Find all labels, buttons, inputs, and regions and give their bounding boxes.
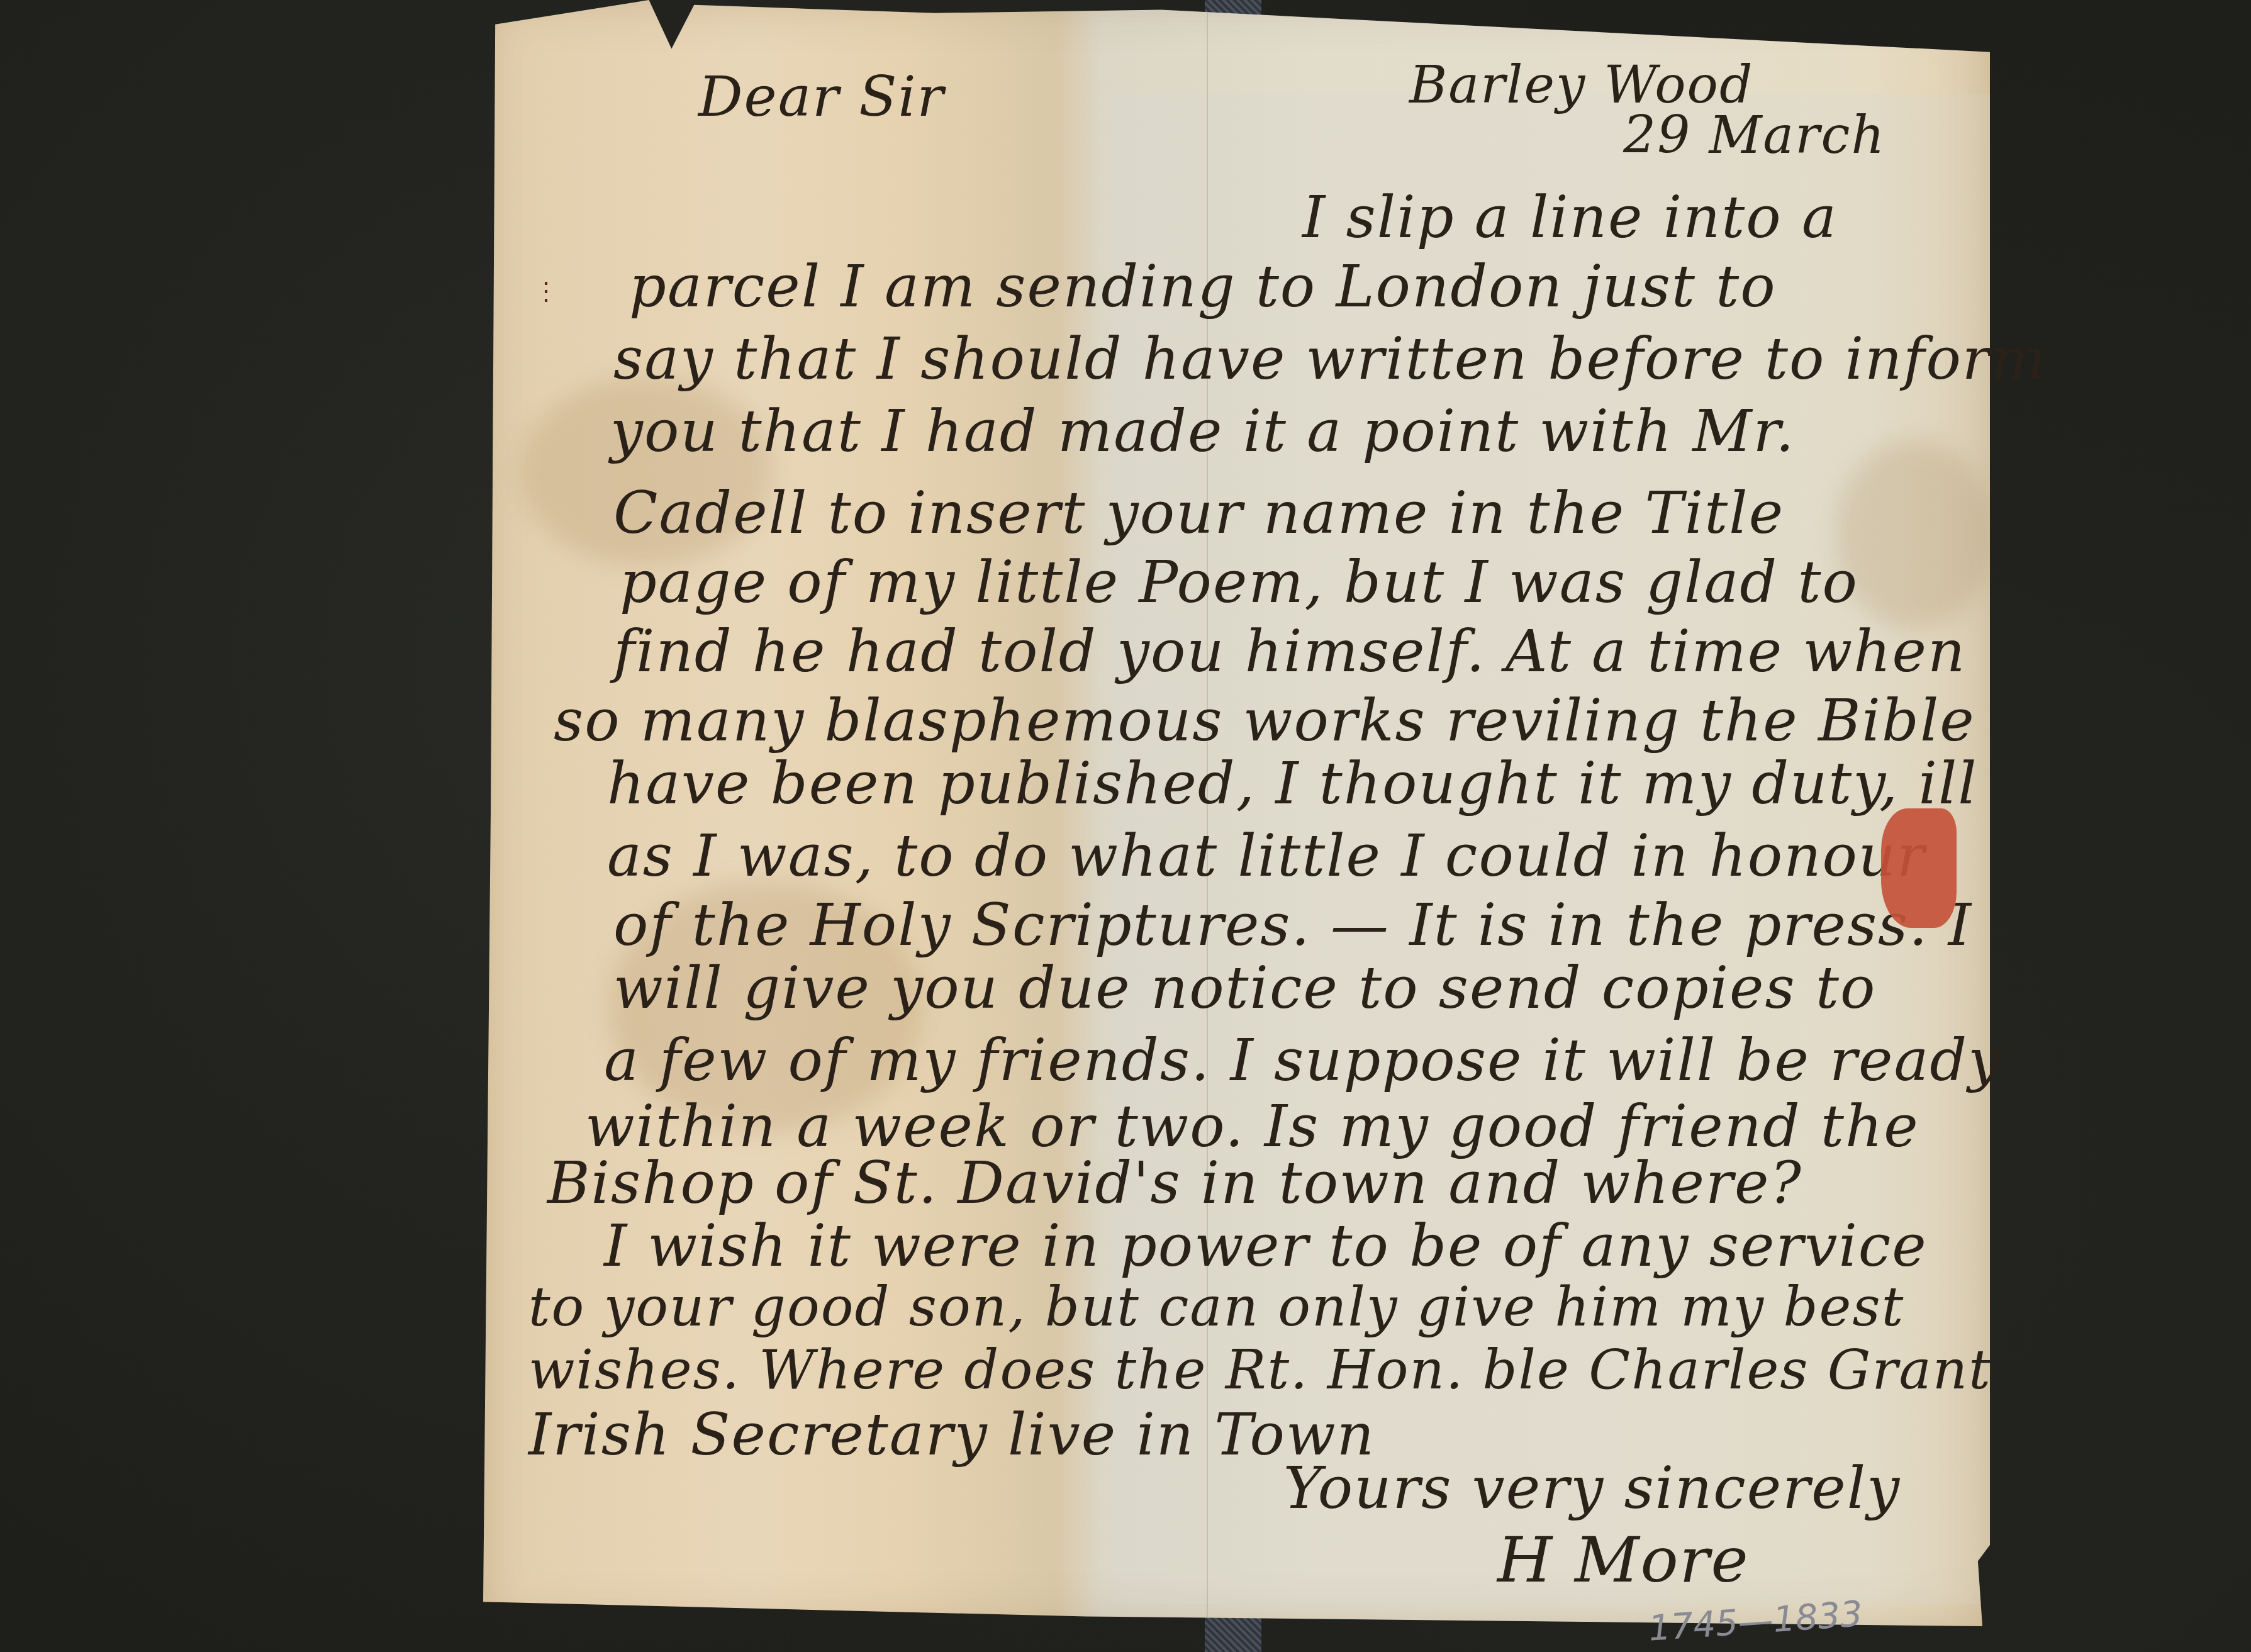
body-line: page of my little Poem, but I was glad t… — [620, 554, 1858, 611]
place-line: Barley Wood — [1409, 60, 1753, 111]
body-line: say that I should have written before to… — [613, 330, 2047, 388]
wax-seal-remnant — [1881, 808, 1957, 928]
water-stain — [1836, 440, 1993, 629]
body-line: will give you due notice to send copies … — [613, 959, 1876, 1017]
body-line: I wish it were in power to be of any ser… — [604, 1217, 1928, 1275]
body-line: so many blasphemous works reviling the B… — [554, 692, 1975, 750]
body-line: you that I had made it a point with Mr. — [610, 403, 1796, 460]
signature: H More — [1497, 1529, 1750, 1592]
body-line: to your good son, but can only give him … — [528, 1280, 1904, 1334]
body-line: Cadell to insert your name in the Title — [613, 484, 1784, 542]
body-line: I slip a line into a — [1302, 189, 1838, 247]
salutation: Dear Sir — [698, 69, 945, 125]
ink-specks: ⋮ — [533, 277, 559, 306]
body-line: as I was, to do what little I could in h… — [607, 827, 1926, 885]
body-line: Bishop of St. David's in town and where? — [547, 1154, 1802, 1212]
body-line: within a week or two. Is my good friend … — [585, 1098, 1919, 1156]
body-line: a few of my friends. I suppose it will b… — [604, 1032, 2002, 1090]
body-line: wishes. Where does the Rt. Hon. ble Char… — [528, 1343, 1992, 1397]
body-line: parcel I am sending to London just to — [629, 258, 1777, 316]
body-line: have been published, I thought it my dut… — [607, 755, 1978, 813]
body-line: find he had told you himself. At a time … — [613, 623, 1966, 681]
closing: Yours very sincerely — [1283, 1459, 1901, 1517]
body-line: Irish Secretary live in Town — [528, 1406, 1375, 1464]
body-line: of the Holy Scriptures. — It is in the p… — [613, 896, 1972, 954]
date-line: 29 March — [1623, 110, 1885, 162]
